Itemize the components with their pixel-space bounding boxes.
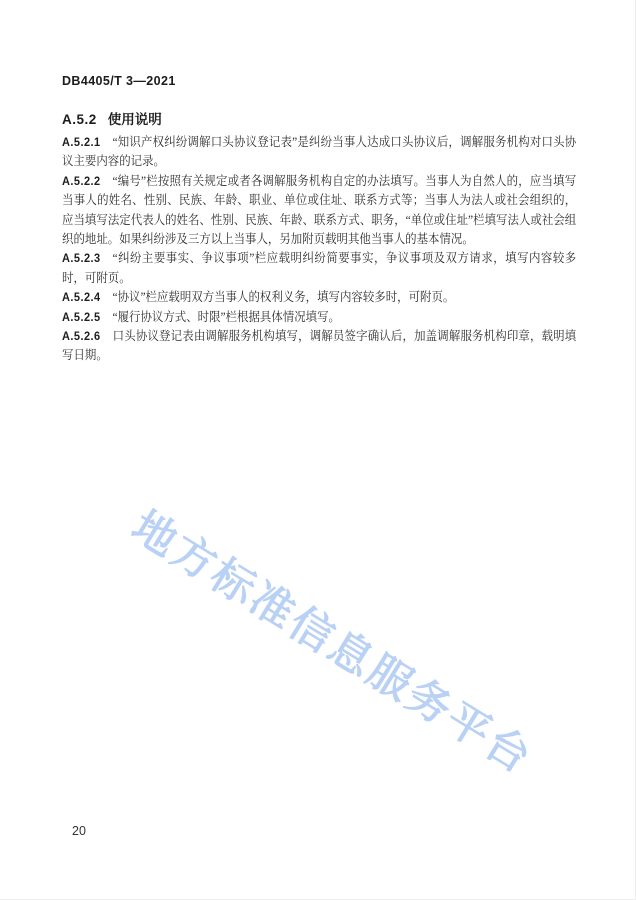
document-page: DB4405/T 3—2021 A.5.2使用说明 A.5.2.1“知识产权纠纷… [0, 0, 636, 900]
watermark: 地方标准信息服务平台 [122, 494, 546, 786]
clause-number: A.5.2.2 [62, 174, 101, 188]
clause-list: A.5.2.1“知识产权纠纷调解口头协议登记表”是纠纷当事人达成口头协议后，调解… [62, 133, 576, 366]
clause: A.5.2.1“知识产权纠纷调解口头协议登记表”是纠纷当事人达成口头协议后，调解… [62, 133, 576, 172]
clause-number: A.5.2.4 [62, 290, 101, 304]
clause-text: “协议”栏应载明双方当事人的权利义务，填写内容较多时，可附页。 [113, 290, 455, 304]
clause-text: 口头协议登记表由调解服务机构填写，调解员签字确认后，加盖调解服务机构印章，载明填… [62, 329, 576, 362]
section-title: 使用说明 [108, 112, 162, 127]
clause-text: “编号”栏按照有关规定或者各调解服务机构自定的办法填写。当事人为自然人的，应当填… [62, 174, 576, 246]
clause: A.5.2.2“编号”栏按照有关规定或者各调解服务机构自定的办法填写。当事人为自… [62, 172, 576, 250]
document-code-header: DB4405/T 3—2021 [62, 74, 176, 88]
clause-number: A.5.2.5 [62, 310, 101, 324]
page-number: 20 [72, 824, 86, 838]
section-number: A.5.2 [62, 112, 97, 127]
clause: A.5.2.3“纠纷主要事实、争议事项”栏应载明纠纷简要事实，争议事项及双方请求… [62, 249, 576, 288]
clause-text: “纠纷主要事实、争议事项”栏应载明纠纷简要事实，争议事项及双方请求，填写内容较多… [62, 251, 576, 284]
clause-number: A.5.2.1 [62, 135, 101, 149]
clause-text: “履行协议方式、时限”栏根据具体情况填写。 [113, 310, 340, 324]
clause: A.5.2.4“协议”栏应载明双方当事人的权利义务，填写内容较多时，可附页。 [62, 288, 576, 307]
section-heading: A.5.2使用说明 [62, 108, 162, 128]
clause-text: “知识产权纠纷调解口头协议登记表”是纠纷当事人达成口头协议后，调解服务机构对口头… [62, 135, 576, 168]
clause-number: A.5.2.6 [62, 329, 101, 343]
clause-number: A.5.2.3 [62, 251, 101, 265]
clause: A.5.2.6口头协议登记表由调解服务机构填写，调解员签字确认后，加盖调解服务机… [62, 327, 576, 366]
clause: A.5.2.5“履行协议方式、时限”栏根据具体情况填写。 [62, 308, 576, 327]
